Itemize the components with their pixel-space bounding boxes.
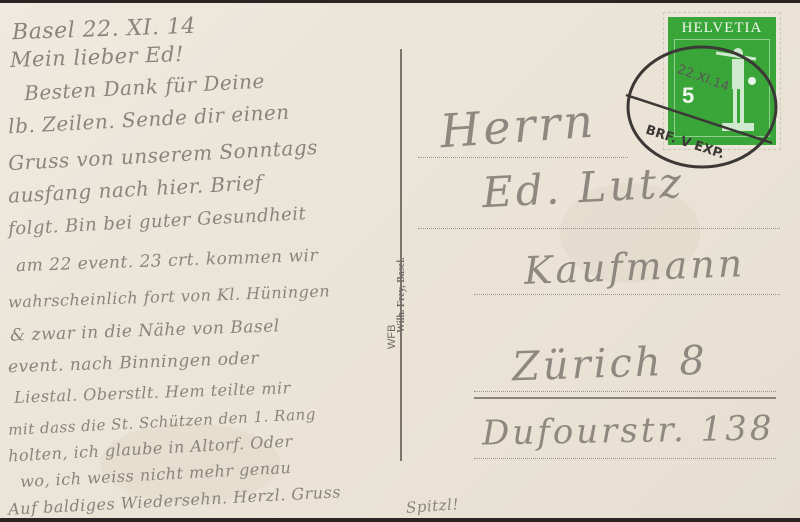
message-line: am 22 event. 23 crt. kommen wir	[16, 246, 319, 277]
message-line: lb. Zeilen. Sende dir einen	[8, 100, 291, 139]
publisher-imprint: Wilh. Frey, Basel.	[396, 258, 407, 333]
address-city: Zürich 8	[511, 338, 708, 391]
message-line: event. nach Binningen oder	[8, 349, 260, 378]
greeting-line: Mein lieber Ed!	[10, 42, 185, 72]
address-salutation: Herrn	[438, 94, 597, 159]
message-line: & zwar in die Nähe von Basel	[10, 316, 280, 345]
stamp-country: HELVETIA	[674, 20, 770, 38]
address-underline	[474, 397, 776, 399]
date-line: Basel 22. XI. 14	[12, 14, 197, 45]
message-line: Besten Dank für Deine	[24, 69, 266, 106]
address-line-rule	[474, 294, 780, 295]
message-line: ausfang nach hier. Brief	[8, 170, 264, 207]
message-line: folgt. Bin bei guter Gesundheit	[8, 203, 307, 240]
message-line: wahrscheinlich fort von Kl. Hüningen	[8, 281, 331, 311]
postmark-icon: 22.XI.14 BRF. V EXP.	[622, 43, 778, 175]
message-line: Gruss von unserem Sonntags	[8, 135, 319, 175]
center-divider	[400, 49, 402, 461]
postcard: Basel 22. XI. 14 Mein lieber Ed! Besten …	[0, 3, 800, 518]
address-street: Dufourstr. 138	[482, 408, 775, 453]
message-line: Liestal. Oberstlt. Hem teilte mir	[14, 378, 291, 407]
publisher-logo: WFB	[386, 325, 398, 349]
address-occupation: Kaufmann	[523, 241, 746, 293]
signature: Spitzl!	[405, 495, 459, 517]
address-line-rule	[474, 458, 776, 459]
address-line-rule	[474, 391, 776, 392]
address-line-rule	[418, 228, 780, 229]
